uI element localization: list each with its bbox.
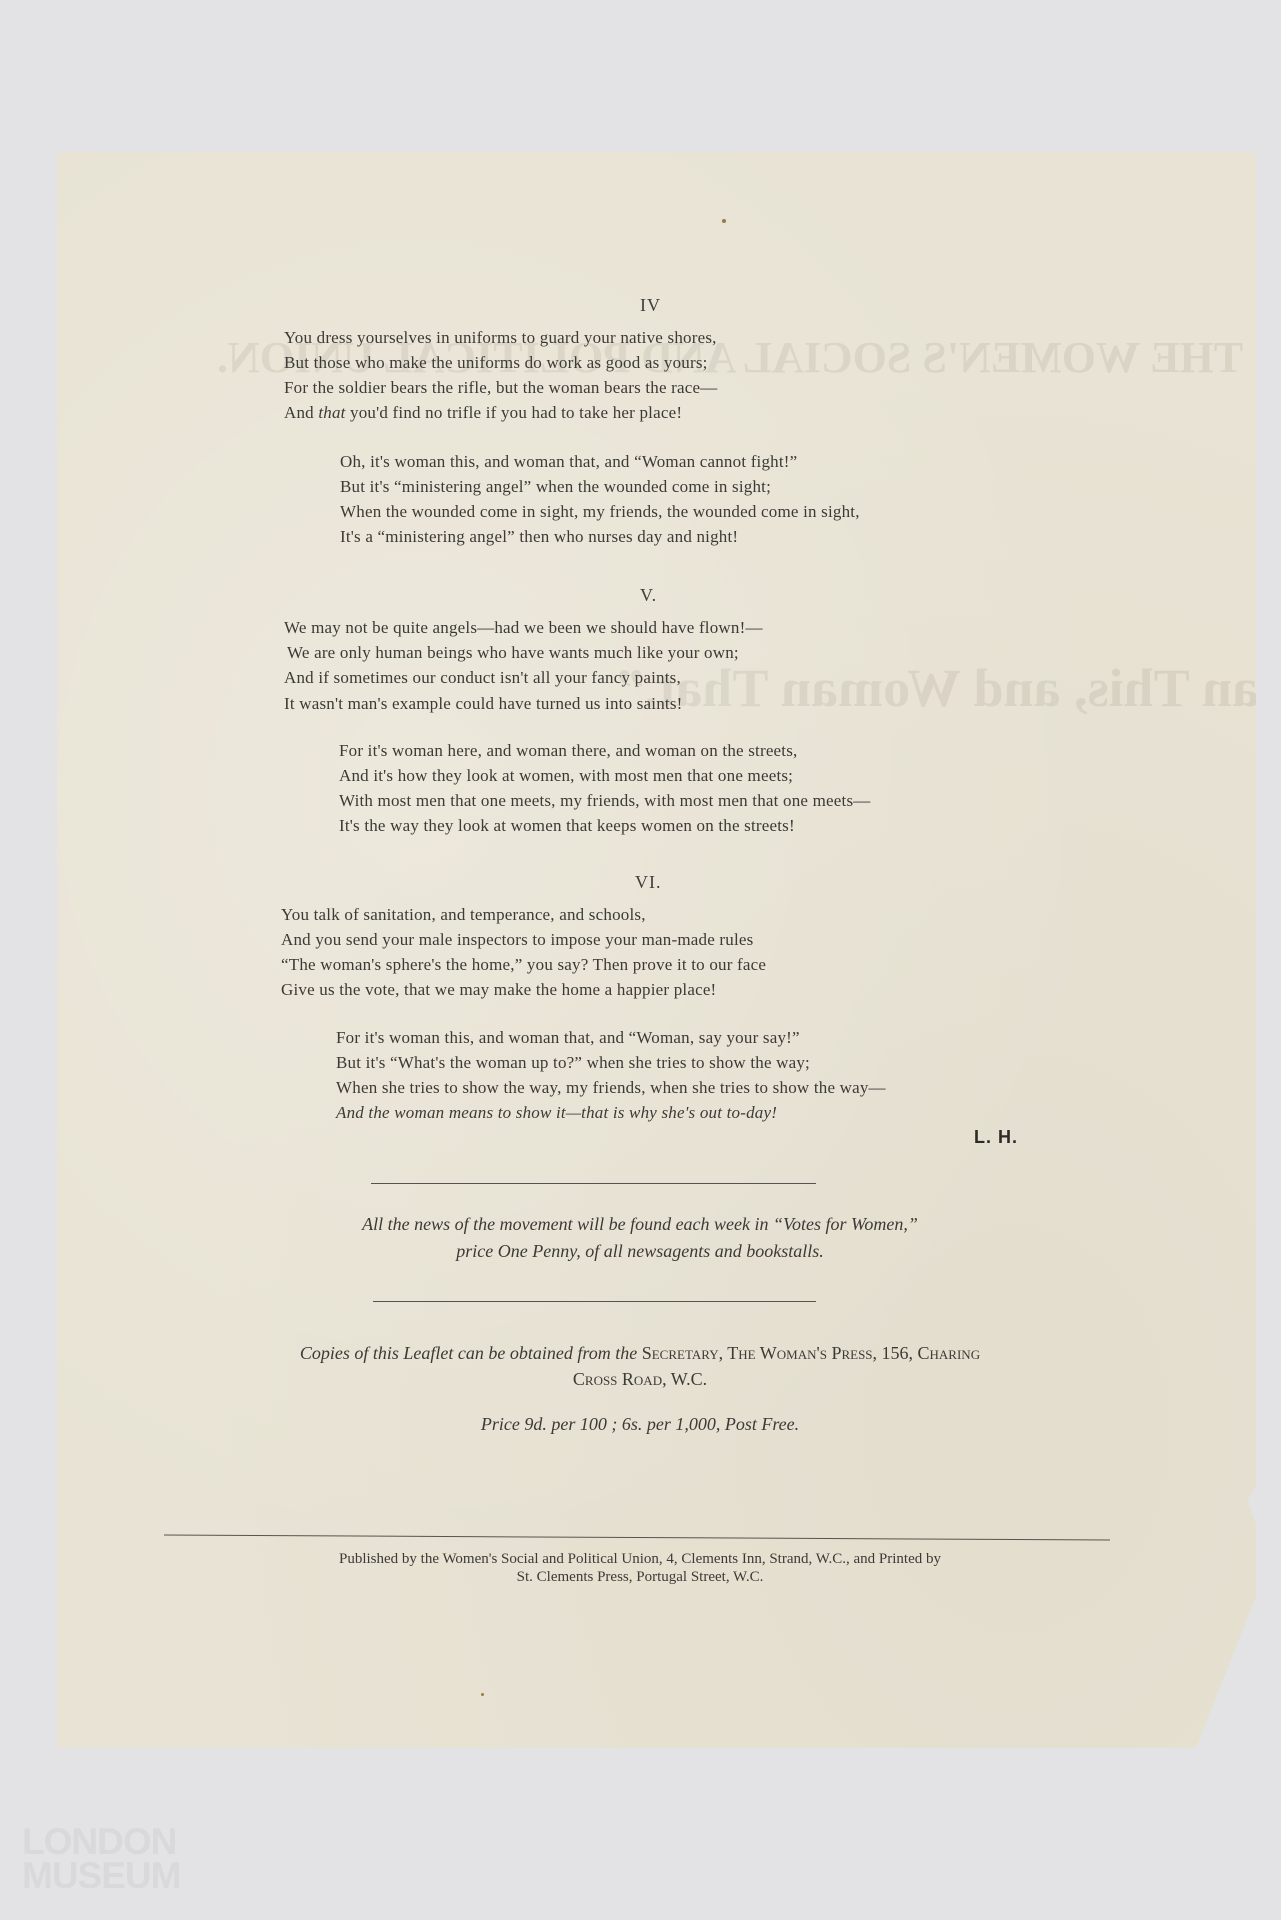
- news-notice: All the news of the movement will be fou…: [180, 1214, 1100, 1235]
- verse-line: And if sometimes our conduct isn't all y…: [284, 668, 681, 688]
- verse-line: We may not be quite angels—had we been w…: [284, 618, 763, 638]
- verse-line: Give us the vote, that we may make the h…: [281, 980, 716, 1000]
- imprint: Published by the Women's Social and Poli…: [150, 1551, 1130, 1568]
- paper-speck: [481, 1693, 484, 1696]
- chorus-line: For it's woman here, and woman there, an…: [339, 741, 798, 761]
- author-signature: L. H.: [974, 1127, 1018, 1148]
- verse-line: We are only human beings who have wants …: [287, 643, 739, 663]
- chorus-line: It's the way they look at women that kee…: [339, 816, 795, 836]
- watermark-line: MUSEUM: [22, 1859, 180, 1893]
- chorus-line: When she tries to show the way, my frien…: [336, 1078, 886, 1098]
- copies-notice: Copies of this Leaflet can be obtained f…: [130, 1343, 1150, 1364]
- verse-line: It wasn't man's example could have turne…: [284, 694, 683, 714]
- verse-line: “The woman's sphere's the home,” you say…: [281, 955, 766, 975]
- chorus-line: For it's woman this, and woman that, and…: [336, 1028, 800, 1048]
- chorus-line: With most men that one meets, my friends…: [339, 791, 870, 811]
- verse-line: And you send your male inspectors to imp…: [281, 930, 753, 950]
- chorus-line: Oh, it's woman this, and woman that, and…: [340, 452, 797, 472]
- stanza-number: V.: [640, 585, 657, 606]
- museum-watermark: LONDON MUSEUM: [22, 1825, 180, 1893]
- news-notice: price One Penny, of all newsagents and b…: [180, 1241, 1100, 1262]
- chorus-line: And it's how they look at women, with mo…: [339, 766, 793, 786]
- chorus-line: But it's “What's the woman up to?” when …: [336, 1053, 810, 1073]
- chorus-line: But it's “ministering angel” when the wo…: [340, 477, 771, 497]
- bleed-through-title: “Woman This, and Woman That.”: [617, 657, 1281, 719]
- copies-intro: Copies of this Leaflet can be obtained f…: [300, 1343, 637, 1363]
- verse-line: You talk of sanitation, and temperance, …: [281, 905, 646, 925]
- divider: [371, 1183, 816, 1184]
- chorus-line: It's a “ministering angel” then who nurs…: [340, 527, 738, 547]
- price-notice: Price 9d. per 100 ; 6s. per 1,000, Post …: [130, 1414, 1150, 1435]
- chorus-line: And the woman means to show it—that is w…: [336, 1103, 777, 1123]
- copies-address: Cross Road, W.C.: [130, 1369, 1150, 1390]
- verse-line: You dress yourselves in uniforms to guar…: [284, 328, 717, 348]
- paper-speck: [722, 219, 726, 223]
- verse-line: For the soldier bears the rifle, but the…: [284, 378, 717, 398]
- chorus-line: When the wounded come in sight, my frien…: [340, 502, 860, 522]
- verse-line: But those who make the uniforms do work …: [284, 353, 708, 373]
- divider: [373, 1301, 816, 1302]
- imprint: St. Clements Press, Portugal Street, W.C…: [150, 1569, 1130, 1586]
- copies-address: Secretary, The Woman's Press, 156, Chari…: [642, 1343, 980, 1363]
- stanza-number: VI.: [635, 872, 662, 893]
- stanza-number: IV: [640, 295, 661, 316]
- verse-line: And that you'd find no trifle if you had…: [284, 403, 682, 423]
- watermark-line: LONDON: [22, 1825, 180, 1859]
- emphasis: that: [318, 403, 345, 422]
